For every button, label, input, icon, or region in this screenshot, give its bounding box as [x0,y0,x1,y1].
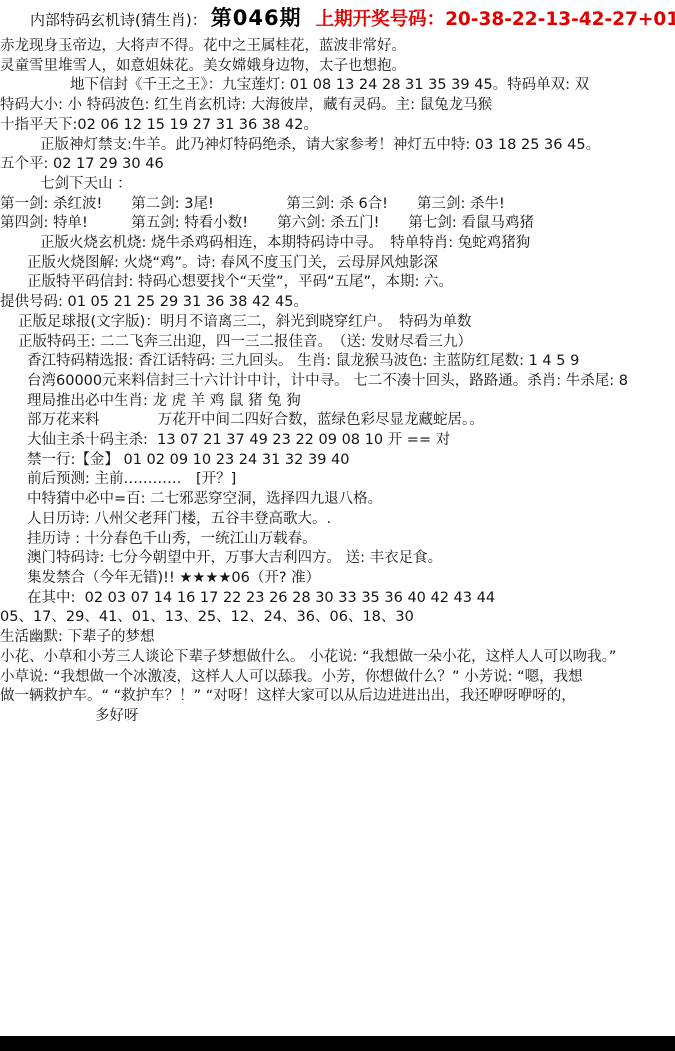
poem-line: 灵童雪里堆雪人，如意姐妹花。美女嫦娥身边物，太子也想抱。 [0,57,675,77]
text-line-huoshao-xuanji: 正版火烧玄机烧: 烧牛杀鸡码相连，本期特码诗中寻。 特单特肖: 兔蛇鸡猪狗 [0,234,675,254]
text-line-number-list: 05、17、29、41、01、13、25、12、24、36、06、18、30 [0,608,675,628]
footer-black-bar [0,1036,675,1051]
text-line-zuqiubao: 正版足球报(文字版)：明月不谙离三二，斜光到晓穿红户。 特码为单数 [0,313,675,333]
text-line-shendeng: 正版神灯禁支:牛羊。此乃神灯特码绝杀，请大家参考！神灯五中特: 03 18 25… [0,136,675,156]
text-line-liju-shengxiao: 理局推出必中生肖: 龙 虎 羊 鸡 鼠 猪 兔 狗 [0,392,675,412]
last-draw-numbers: 上期开奖号码：20-38-22-13-42-27+01 [316,9,675,30]
text-line-taiwan: 台湾60000元来料信封三十六计计中计，计中寻。 七二不凑十回头，路路通。杀肖:… [0,372,675,392]
humor-title: 生活幽默: 下辈子的梦想 [0,628,675,648]
text-line-wugeping: 五个平: 02 17 29 30 46 [0,155,675,175]
text-line-jifa-stars: 集发禁合（今年无错)!! ★★★★06（开? 准） [0,569,675,589]
text-line-qianhou-yuce: 前后预测: 主前………… [开？] [0,470,675,490]
text-line-daxian-sha: 大仙主杀十码主杀: 13 07 21 37 49 23 22 09 08 10 … [0,431,675,451]
text-line-zhongte: 中特猜中必中=百: 二七邪恶穿空洞，选择四九退八格。 [0,490,675,510]
text-line-shizhi-numbers: 十指平天下:02 06 12 15 19 27 31 36 38 42。 [0,116,675,136]
humor-line-3: 做一辆救护车。“ “救护车？！” “对呀！这样大家可以从后边进进出出，我还咿呀咿… [0,687,675,707]
sheet-body: 赤龙现身玉帝边，大将声不得。花中之王属桂花，蓝波非常好。 灵童雪里堆雪人，如意姐… [0,35,675,727]
text-line-swords-1: 第一剑: 杀红波! 第二剑: 3尾! 第三剑: 杀 6合! 第三剑: 杀牛! [0,195,675,215]
text-line-renrili: 人日历诗: 八州父老拜门楼，五谷丰登高歌大。. [0,510,675,530]
text-line-qijian-title: 七剑下天山 ： [0,175,675,195]
text-line-wanhua: 部万花来料 万花开中间二四好合数，蓝绿色彩尽显龙藏蛇居。。 [0,411,675,431]
text-line-temawang: 正版特码王: 二二飞奔三出迎，四一三二报佳音。 （送: 发财尽看三九） [0,333,675,353]
text-line-huoshao-tujie: 正版火烧图解: 火烧“鸡”。诗: 春风不度玉门关，云母屏风烛影深 [0,254,675,274]
text-line-dixia-xinfeng: 地下信封《千王之王》：九宝莲灯: 01 08 13 24 28 31 35 39… [0,76,675,96]
text-line-tigong-numbers: 提供号码: 01 05 21 25 29 31 36 38 42 45。 [0,293,675,313]
humor-line-1: 小花、小草和小芳三人谈论下辈子梦想做什么。 小花说: “我想做一朵小花，这样人人… [0,648,675,668]
text-line-xiangjiang: 香江特码精选报: 香江话特码: 三九回头。 生肖: 鼠龙猴马波色: 主蓝防红尾数… [0,352,675,372]
text-line-swords-2: 第四剑: 特单! 第五剑: 特看小数! 第六剑: 杀五门! 第七剑: 看鼠马鸡猪 [0,214,675,234]
text-line-teping-xinfeng: 正版特平码信封: 特码心想要找个“天堂”，平码“五尾”，本期: 六。 [0,273,675,293]
humor-line-4: 多好呀 [0,707,675,727]
header-title: 内部特码玄机诗(猜生肖)： [30,11,207,29]
lottery-tip-sheet: 内部特码玄机诗(猜生肖)：第046期上期开奖号码：20-38-22-13-42-… [0,0,675,1051]
text-line-gualishi: 挂历诗 : 十分春色千山秀，一统江山万载春。 [0,530,675,550]
issue-number: 第046期 [211,6,302,30]
text-line-aomen: 澳门特码诗: 七分今朝望中开，万事大吉利四方。 送: 丰衣足食。 [0,549,675,569]
poem-line: 赤龙现身玉帝边，大将声不得。花中之王属桂花，蓝波非常好。 [0,37,675,57]
text-line-zaiqizhong: 在其中: 02 03 07 14 16 17 22 23 26 28 30 33… [0,589,675,609]
text-line-tema-daxiao: 特码大小: 小 特码波色: 红生肖玄机诗: 大海彼岸，藏有灵码。主: 鼠兔龙马猴 [0,96,675,116]
text-line-jinyihang: 禁一行:【金】 01 02 09 10 23 24 31 32 39 40 [0,451,675,471]
sheet-header: 内部特码玄机诗(猜生肖)：第046期上期开奖号码：20-38-22-13-42-… [0,0,675,35]
humor-line-2: 小草说: “我想做一个冰激凌，这样人人可以舔我。小芳，你想做什么？” 小芳说: … [0,668,675,688]
